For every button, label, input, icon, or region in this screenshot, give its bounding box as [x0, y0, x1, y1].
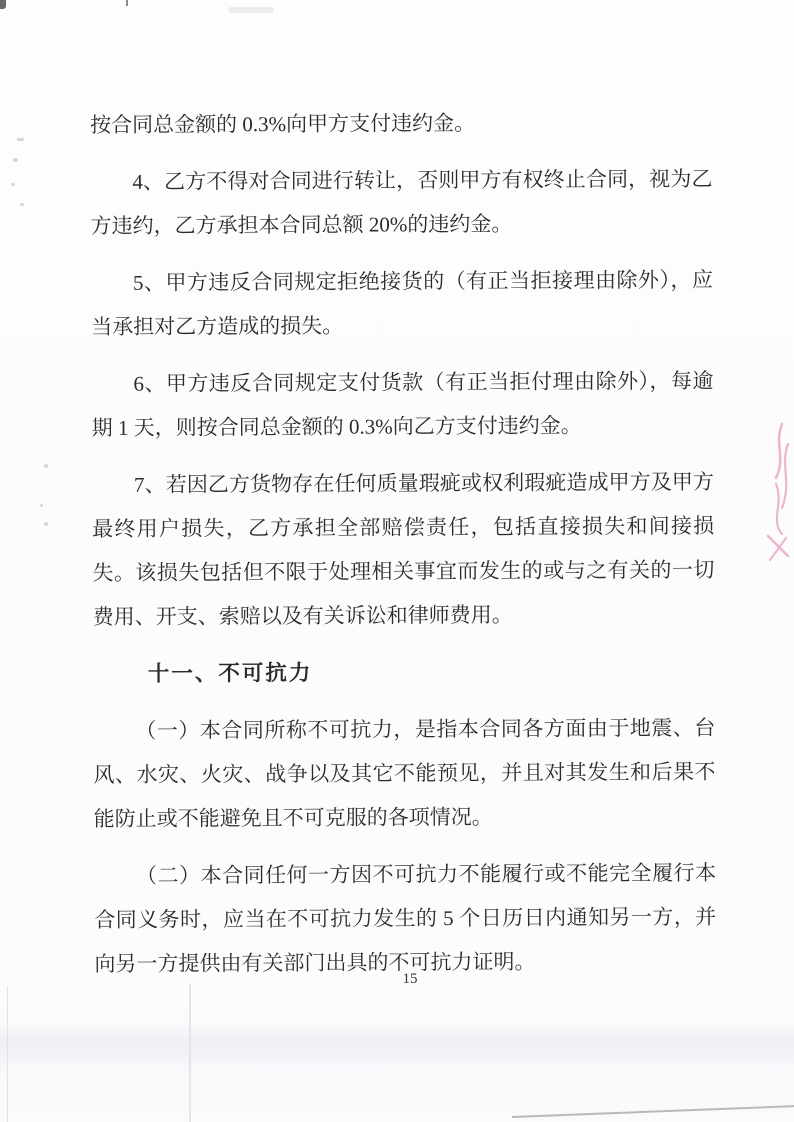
paper-edge-line-bottom: [512, 1105, 794, 1118]
scan-speck: [44, 522, 48, 526]
scan-speck: [11, 183, 15, 186]
scan-speck: [20, 203, 24, 206]
scan-top-smudge: [228, 7, 274, 13]
clause-5: 5、甲方违反合同规定拒绝接货的（有正当拒接理由除外），应当承担对乙方造成的损失。: [91, 258, 713, 349]
page-number: 15: [0, 971, 794, 988]
scan-speck: [40, 504, 43, 507]
force-majeure-item-1: （一）本合同所称不可抗力，是指本合同各方面由于地震、台风、水灾、火灾、战争以及其…: [93, 706, 716, 841]
clause-6: 6、甲方违反合同规定支付货款（有正当拒付理由除外），每逾期 1 天，则按合同总金…: [91, 359, 713, 450]
scan-corner-spot: [0, 0, 6, 9]
scan-top-tick: [126, 0, 128, 6]
contract-text-block: 按合同总金额的 0.3%向甲方支付违约金。 4、乙方不得对合同进行转让，否则甲方…: [90, 100, 717, 999]
force-majeure-item-2: （二）本合同任何一方因不可抗力不能履行或不能完全履行本合同义务时，应当在不可抗力…: [94, 851, 717, 986]
scan-shadow-wash: [0, 1022, 794, 1070]
section-heading-force-majeure: 十一、不可抗力: [93, 649, 715, 696]
document-page: 按合同总金额的 0.3%向甲方支付违约金。 4、乙方不得对合同进行转让，否则甲方…: [0, 0, 794, 1122]
scan-speck: [13, 158, 18, 162]
clause-4: 4、乙方不得对合同进行转让，否则甲方有权终止合同，视为乙方违约，乙方承担本合同总…: [90, 157, 712, 248]
pink-ink-bleed-mark: [752, 418, 794, 573]
fold-line: [189, 984, 191, 1122]
scan-speck: [44, 464, 48, 468]
scan-speck: [17, 138, 24, 141]
clause-7: 7、若因乙方货物存在任何质量瑕疵或权利瑕疵造成甲方及甲方最终用户损失，乙方承担全…: [92, 460, 715, 639]
paper-edge-line-left: [7, 986, 8, 1122]
clause-carryover-line: 按合同总金额的 0.3%向甲方支付违约金。: [90, 100, 712, 147]
